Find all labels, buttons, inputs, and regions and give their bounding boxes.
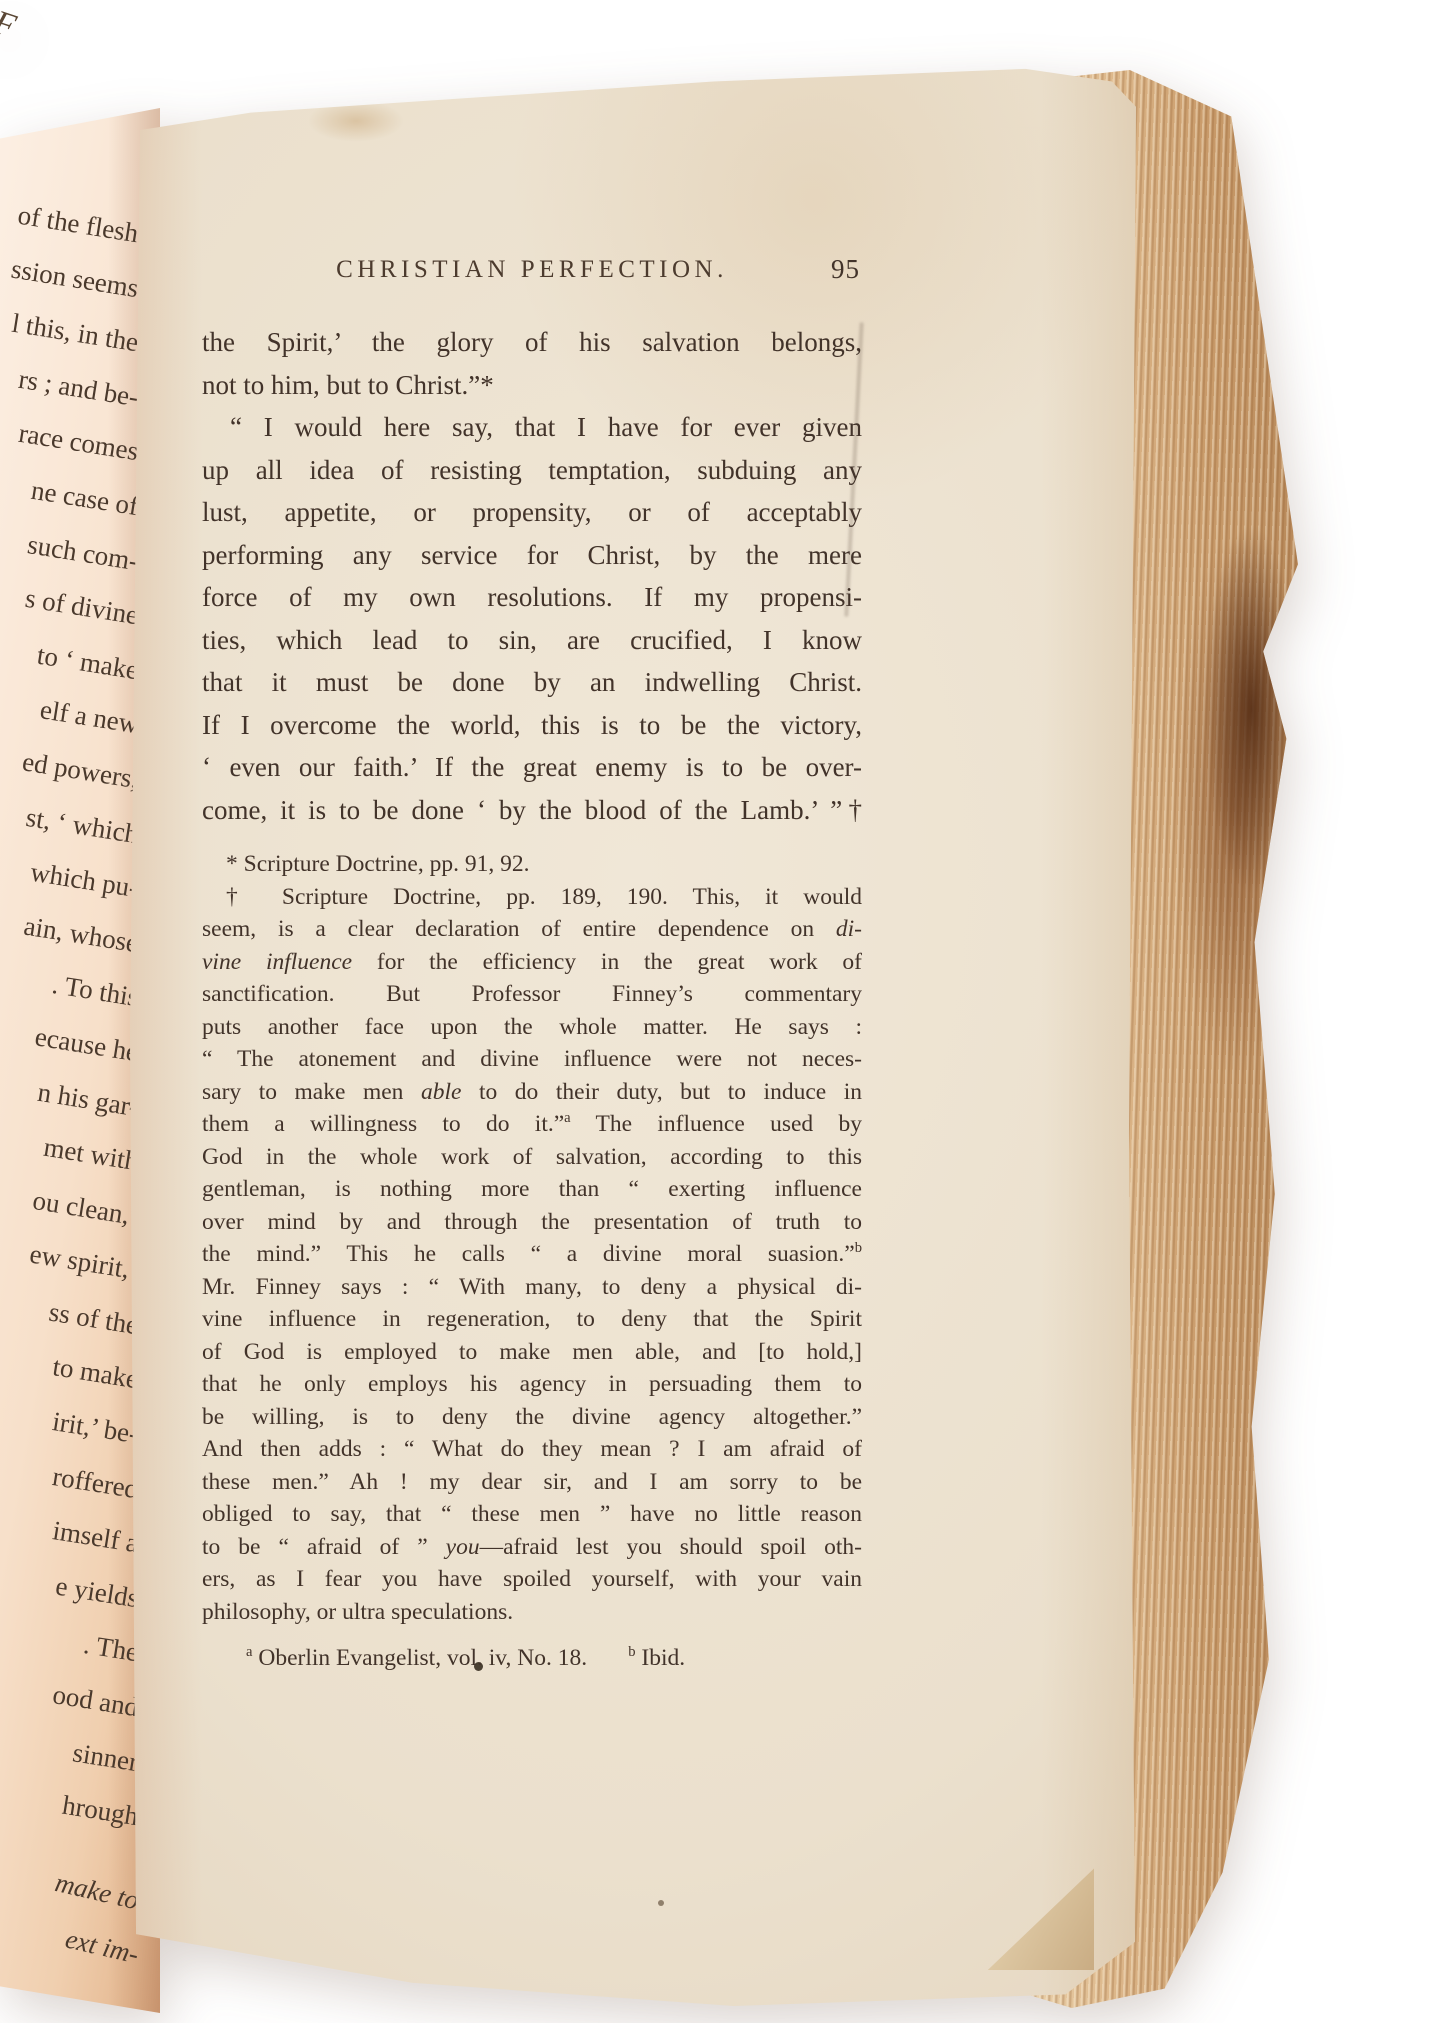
footnote-line: that he only employs his agency in persu…: [202, 1368, 862, 1401]
book-photo: F of the flesh ssion seems l this, in th…: [0, 0, 1445, 2023]
text-line: performing any service for Christ, by th…: [202, 534, 862, 577]
text-line: up all idea of resisting temptation, sub…: [202, 449, 862, 492]
footnote-line: vine influence in regeneration, to deny …: [202, 1303, 862, 1336]
footnote-line: Mr. Finney says : “ With many, to deny a…: [202, 1271, 862, 1304]
footnote-line: † Scripture Doctrine, pp. 189, 190. This…: [202, 881, 862, 914]
text-line: ‘ even our faith.’ If the great enemy is…: [202, 746, 862, 789]
footnote-line: sary to make men able to do their duty, …: [202, 1076, 862, 1109]
text-line: If I overcome the world, this is to be t…: [202, 704, 862, 747]
text-line: force of my own resolutions. If my prope…: [202, 576, 862, 619]
ink-speck: [658, 1900, 664, 1906]
footnote-line: gentleman, is nothing more than “ exerti…: [202, 1173, 862, 1206]
text-line: that it must be done by an indwelling Ch…: [202, 661, 862, 704]
footnote-line: philosophy, or ultra speculations.: [202, 1596, 862, 1629]
footnote-line: the mind.” This he calls “ a divine mora…: [202, 1238, 862, 1271]
page-content: CHRISTIAN PERFECTION. 95 the Spirit,’ th…: [202, 64, 862, 1672]
footnote-line: And then adds : “ What do they mean ? I …: [202, 1433, 862, 1466]
text-line: the Spirit,’ the glory of his salvation …: [202, 321, 862, 364]
text-line: lust, appetite, or propensity, or of acc…: [202, 491, 862, 534]
footnote-line: seem, is a clear declaration of entire d…: [202, 913, 862, 946]
footnote-line: ers, as I fear you have spoiled yourself…: [202, 1563, 862, 1596]
footnote-line: puts another face upon the whole matter.…: [202, 1011, 862, 1044]
main-text: the Spirit,’ the glory of his salvation …: [202, 321, 862, 831]
text-line: “ I would here say, that I have for ever…: [202, 406, 862, 449]
footnote-line: of God is employed to make men able, and…: [202, 1336, 862, 1369]
footnote-line: these men.” Ah ! my dear sir, and I am s…: [202, 1466, 862, 1499]
page-number: 95: [831, 254, 860, 285]
footnote-line: obliged to say, that “ these men ” have …: [202, 1498, 862, 1531]
footnote-citation: a Oberlin Evangelist, vol. iv, No. 18. b…: [202, 1645, 862, 1672]
left-page-corner-mark: F: [0, 4, 20, 47]
footnote-line: * Scripture Doctrine, pp. 91, 92.: [202, 848, 862, 881]
footnotes: * Scripture Doctrine, pp. 91, 92. † Scri…: [202, 848, 862, 1628]
footnote-line: sanctification. But Professor Finney’s c…: [202, 978, 862, 1011]
text-line: not to him, but to Christ.”*: [202, 364, 862, 407]
dog-ear-fold: [976, 1862, 1094, 1970]
running-header-title: CHRISTIAN PERFECTION.: [336, 256, 728, 283]
text-line: come, it is to be done ‘ by the blood of…: [202, 789, 862, 832]
footnote-line: vine influence for the efficiency in the…: [202, 946, 862, 979]
footnote-line: them a willingness to do it.”a The influ…: [202, 1108, 862, 1141]
text-line: ties, which lead to sin, are crucified, …: [202, 619, 862, 662]
footnote-line: be willing, is to deny the divine agency…: [202, 1401, 862, 1434]
left-page-text-column: of the flesh ssion seems l this, in the …: [0, 208, 148, 1985]
book-page: CHRISTIAN PERFECTION. 95 the Spirit,’ th…: [130, 64, 1136, 2008]
footnote-line: to be “ afraid of ” you—afraid lest you …: [202, 1531, 862, 1564]
footnote-line: “ The atonement and divine influence wer…: [202, 1043, 862, 1076]
footnote-line: over mind by and through the presentatio…: [202, 1206, 862, 1239]
footnote-line: God in the whole work of salvation, acco…: [202, 1141, 862, 1174]
running-header: CHRISTIAN PERFECTION. 95: [202, 256, 862, 288]
